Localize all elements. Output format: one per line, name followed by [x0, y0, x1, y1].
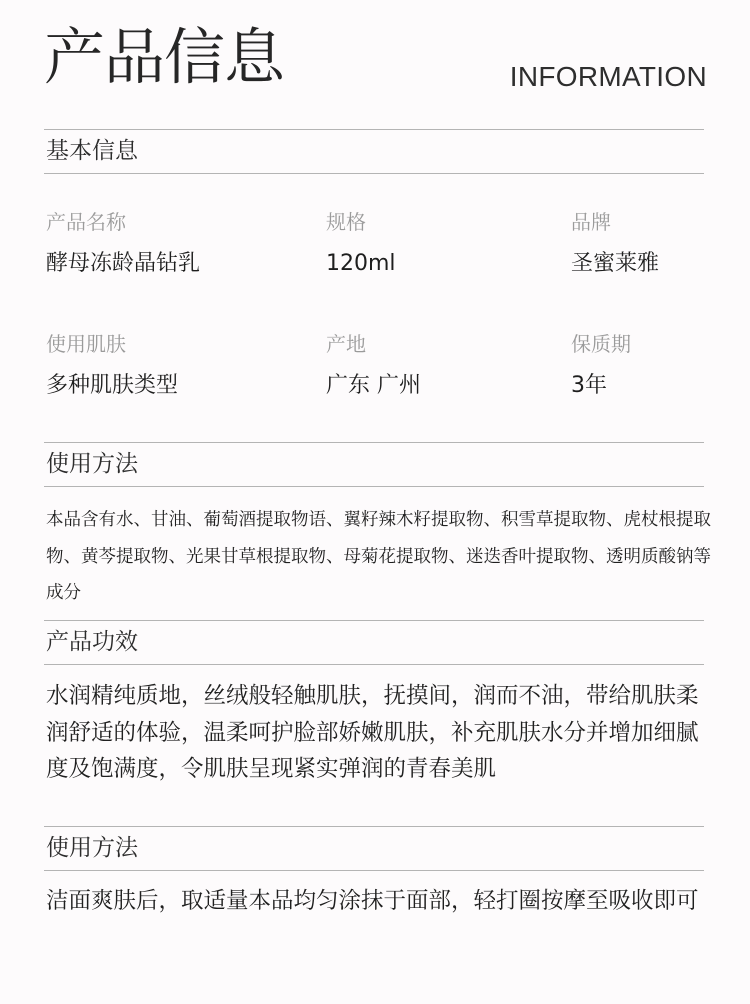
section-header-usage: 使用方法 [44, 826, 704, 871]
info-brand: 品牌 圣蜜莱雅 [571, 210, 659, 278]
info-product-name: 产品名称 酵母冻龄晶钻乳 [46, 210, 200, 278]
page-title-english: INFORMATION [510, 60, 707, 94]
info-value: 酵母冻龄晶钻乳 [46, 250, 200, 278]
usage-text: 洁面爽肤后，取适量本品均匀涂抹于面部，轻打圈按摩至吸收即可 [46, 883, 711, 920]
info-label: 规格 [326, 210, 396, 234]
info-label: 品牌 [571, 210, 659, 234]
ingredients-text: 本品含有水、甘油、葡萄酒提取物语、翼籽辣木籽提取物、积雪草提取物、虎杖根提取物、… [46, 502, 711, 612]
info-value: 圣蜜莱雅 [571, 250, 659, 278]
section-heading: 基本信息 [46, 136, 138, 166]
section-heading: 使用方法 [46, 449, 138, 479]
efficacy-text: 水润精纯质地，丝绒般轻触肌肤，抚摸间，润而不油，带给肌肤柔润舒适的体验，温柔呵护… [46, 678, 711, 788]
info-label: 保质期 [571, 332, 631, 356]
info-skin-type: 使用肌肤 多种肌肤类型 [46, 332, 178, 400]
section-header-ingredients: 使用方法 [44, 442, 704, 487]
info-label: 产品名称 [46, 210, 200, 234]
section-header-basic-info: 基本信息 [44, 129, 704, 174]
section-heading: 使用方法 [46, 833, 138, 863]
info-value: 广东 广州 [326, 372, 421, 400]
info-origin: 产地 广东 广州 [326, 332, 421, 400]
info-spec: 规格 120ml [326, 210, 396, 278]
section-heading: 产品功效 [46, 627, 138, 657]
info-shelf-life: 保质期 3年 [571, 332, 631, 400]
info-value: 120ml [326, 250, 396, 278]
info-value: 3年 [571, 372, 631, 400]
info-value: 多种肌肤类型 [46, 372, 178, 400]
section-header-efficacy: 产品功效 [44, 620, 704, 665]
info-label: 产地 [326, 332, 421, 356]
info-label: 使用肌肤 [46, 332, 178, 356]
page-title: 产品信息 [44, 20, 284, 96]
